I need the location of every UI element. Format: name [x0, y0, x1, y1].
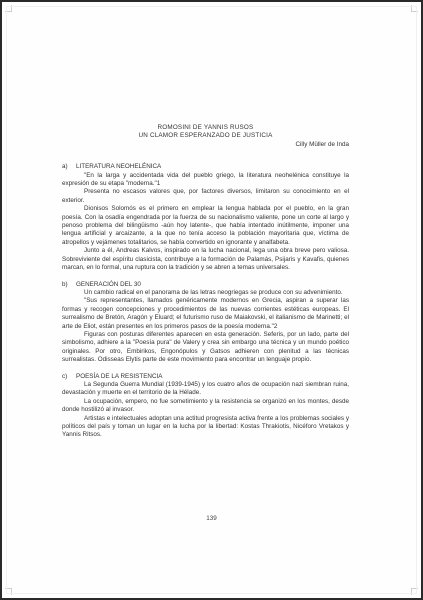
document-page: ROMOSINI DE YANNIS RUSOS UN CLAMOR ESPER…: [2, 2, 421, 598]
page-content: ROMOSINI DE YANNIS RUSOS UN CLAMOR ESPER…: [62, 124, 349, 440]
paragraph: Junto a él, Andreas Kalvos, inspirado en…: [62, 247, 349, 272]
paragraph: Artistas e intelectuales adoptan una act…: [62, 415, 349, 440]
section-heading-a: a)LITERATURA NEOHELÉNICA: [62, 163, 349, 171]
paragraph: "Sus representantes, llamados genéricame…: [62, 297, 349, 331]
paragraph: Dionisos Solomós es el primero en emplea…: [62, 205, 349, 247]
paragraph: "En la larga y accidentada vida del pueb…: [62, 172, 349, 189]
section-heading-c: c)POESÍA DE LA RESISTENCIA: [62, 373, 349, 381]
title-line-1: ROMOSINI DE YANNIS RUSOS: [62, 124, 349, 132]
paragraph: Un cambio radical en el panorama de las …: [62, 289, 349, 297]
section-heading-b: b)GENERACIÓN DEL 30: [62, 281, 349, 289]
paragraph: Presenta no escasos valores que, por fac…: [62, 188, 349, 205]
paragraph: Figuras con posturas diferentes aparecen…: [62, 331, 349, 365]
section-title: GENERACIÓN DEL 30: [76, 281, 141, 288]
paragraph: La Segunda Guerra Mundial (1939-1945) y …: [62, 381, 349, 398]
section-label: a): [62, 163, 76, 171]
title-line-2: UN CLAMOR ESPERANZADO DE JUSTICIA: [62, 132, 349, 140]
section-title: POESÍA DE LA RESISTENCIA: [76, 373, 162, 380]
section-title: LITERATURA NEOHELÉNICA: [76, 163, 161, 170]
paragraph: La ocupación, empero, no fue sometimient…: [62, 398, 349, 415]
section-label: c): [62, 373, 76, 381]
section-label: b): [62, 281, 76, 289]
author: Cilly Müller de Inda: [62, 141, 349, 149]
page-number: 139: [2, 515, 421, 522]
